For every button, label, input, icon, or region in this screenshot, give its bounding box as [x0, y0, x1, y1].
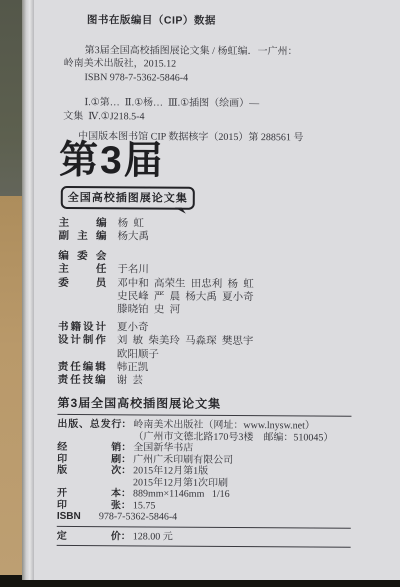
credit-row-design-production: 欧阳顺子 [58, 348, 254, 363]
credit-row-members: 史民峰 严 晨 杨大禹 夏小奇 [58, 290, 254, 305]
label-colon: ： [121, 531, 133, 543]
label-colon: ： [121, 454, 133, 466]
colophon-value: 15.75 [133, 500, 156, 512]
credit-value: 韩正凯 [117, 361, 149, 375]
credit-row-design-production: 设计制作 刘 敏 柴美玲 马淼琛 樊思宇 [58, 334, 254, 349]
credits-block: 主编 杨 虹 副主编 杨大禹 编委会 主任 于名川 委员 邓中和 高荣生 [58, 217, 255, 389]
colophon-label: 经销 [57, 442, 121, 454]
cip-header: 图书在版编目（CIP）数据 [87, 14, 304, 29]
divider-line [57, 545, 351, 548]
colophon-label: 印张 [57, 499, 121, 511]
colophon-value: 128.00 元 [133, 531, 173, 543]
credit-row-responsible-technical-editor: 责任技编 谢 芸 [58, 374, 254, 389]
label-colon: ： [121, 500, 133, 512]
colophon-label: 定价 [57, 530, 121, 542]
cip-class-line1: Ⅰ.①第… Ⅱ.①杨… Ⅲ.①插图（绘画）— [84, 96, 303, 111]
cip-class-line2: 文集 Ⅳ.①J218.5-4 [63, 109, 303, 124]
committee-header: 编委会 [58, 250, 106, 264]
credit-row-director: 主任 于名川 [58, 263, 254, 278]
colophon-row-edition: 版次 ： 2015年12月第1版 [57, 465, 351, 478]
credit-label: 责任技编 [58, 374, 106, 388]
credit-value: 杨 虹 [118, 217, 144, 231]
credit-label [58, 348, 106, 362]
label-colon: ： [121, 488, 133, 500]
credit-value: 滕晓铂 史 河 [117, 304, 180, 318]
credit-value: 谢 芸 [117, 375, 143, 389]
credit-value: 刘 敏 柴美玲 马淼琛 樊思宇 [117, 335, 254, 349]
colophon-value: 全国新华书店 [133, 442, 193, 454]
colophon-row-price: 定价 ： 128.00 元 [57, 530, 351, 543]
credit-value: 夏小奇 [117, 321, 149, 335]
credit-label [58, 303, 106, 317]
colophon-value: 岭南美术出版社（网址：www.lnysw.net） [133, 419, 315, 432]
credit-label: 主任 [58, 263, 106, 277]
book-logo-title: 第3届 [59, 139, 195, 184]
colophon-value: 889mm×1146mm 1/16 [133, 488, 230, 500]
colophon-value: 2015年12月第1版 [133, 465, 208, 477]
credit-value: 于名川 [117, 263, 149, 277]
colophon-value: 978-7-5362-5846-4 [99, 511, 177, 523]
colophon-label: 印刷 [57, 453, 121, 465]
credit-label: 设计制作 [58, 334, 106, 348]
cip-entry-line2: 岭南美术出版社，2015.12 [64, 57, 304, 72]
divider-line [57, 525, 351, 528]
kraft-paper [0, 196, 23, 575]
credit-label: 书籍设计 [58, 321, 106, 335]
cip-classification: Ⅰ.①第… Ⅱ.①杨… Ⅲ.①插图（绘画）— 文集 Ⅳ.①J218.5-4 [63, 96, 303, 124]
cip-entry: 第3届全国高校插图展论文集 / 杨虹编．一广州： 岭南美术出版社，2015.12… [63, 43, 303, 85]
book-logo: 第3届 全国高校插图展论文集 [59, 139, 195, 210]
credit-row-members: 委员 邓中和 高荣生 田忠利 杨 虹 [58, 277, 254, 292]
colophon-row-publisher: 出版、总发行 ： 岭南美术出版社（网址：www.lnysw.net） [57, 419, 351, 432]
colophon-label: 开本 [57, 488, 121, 500]
colophon-label: 出版、总发行 [57, 419, 121, 431]
credit-value: 邓中和 高荣生 田忠利 杨 虹 [117, 277, 254, 291]
page-content: 图书在版编目（CIP）数据 第3届全国高校插图展论文集 / 杨虹编．一广州： 岭… [30, 0, 400, 582]
credit-label: 副主编 [59, 230, 107, 244]
divider-line [57, 414, 351, 417]
book-logo-subtitle-box: 全国高校插图展论文集 [61, 186, 195, 210]
label-colon: ： [121, 442, 133, 454]
colophon-label: 版次 [57, 465, 121, 477]
credit-value: 杨大禹 [118, 231, 150, 245]
credit-label: 委员 [58, 277, 106, 291]
cip-isbn-line: ISBN 978-7-5362-5846-4 [84, 71, 303, 86]
cip-block: 图书在版编目（CIP）数据 第3届全国高校插图展论文集 / 杨虹编．一广州： 岭… [63, 14, 304, 145]
copyright-page: 图书在版编目（CIP）数据 第3届全国高校插图展论文集 / 杨虹编．一广州： 岭… [34, 0, 400, 580]
colophon-label: ISBN [57, 511, 87, 523]
colophon-book-title: 第3届全国高校插图展论文集 [57, 396, 351, 413]
label-spacer [87, 511, 99, 523]
credit-label [58, 290, 106, 304]
credit-value: 欧阳顺子 [117, 348, 159, 362]
credit-value: 史民峰 严 晨 杨大禹 夏小奇 [117, 290, 254, 304]
colophon-row-isbn: ISBN 978-7-5362-5846-4 [57, 511, 351, 524]
credit-row-members: 滕晓铂 史 河 [58, 303, 254, 318]
credit-label: 责任编辑 [58, 361, 106, 375]
cip-entry-line1: 第3届全国高校插图展论文集 / 杨虹编．一广州： [85, 44, 304, 59]
book-logo-subtitle: 全国高校插图展论文集 [68, 192, 188, 205]
credit-row-deputy-editor: 副主编 杨大禹 [59, 230, 255, 245]
credit-label: 主编 [59, 217, 107, 231]
label-colon: ： [121, 465, 133, 477]
colophon-block: 第3届全国高校插图展论文集 出版、总发行 ： 岭南美术出版社（网址：www.ln… [57, 396, 352, 552]
book-copyright-page-photo: 图书在版编目（CIP）数据 第3届全国高校插图展论文集 / 杨虹编．一广州： 岭… [0, 0, 400, 587]
colophon-value: 广州广禾印刷有限公司 [133, 454, 233, 466]
label-colon: ： [121, 419, 133, 431]
